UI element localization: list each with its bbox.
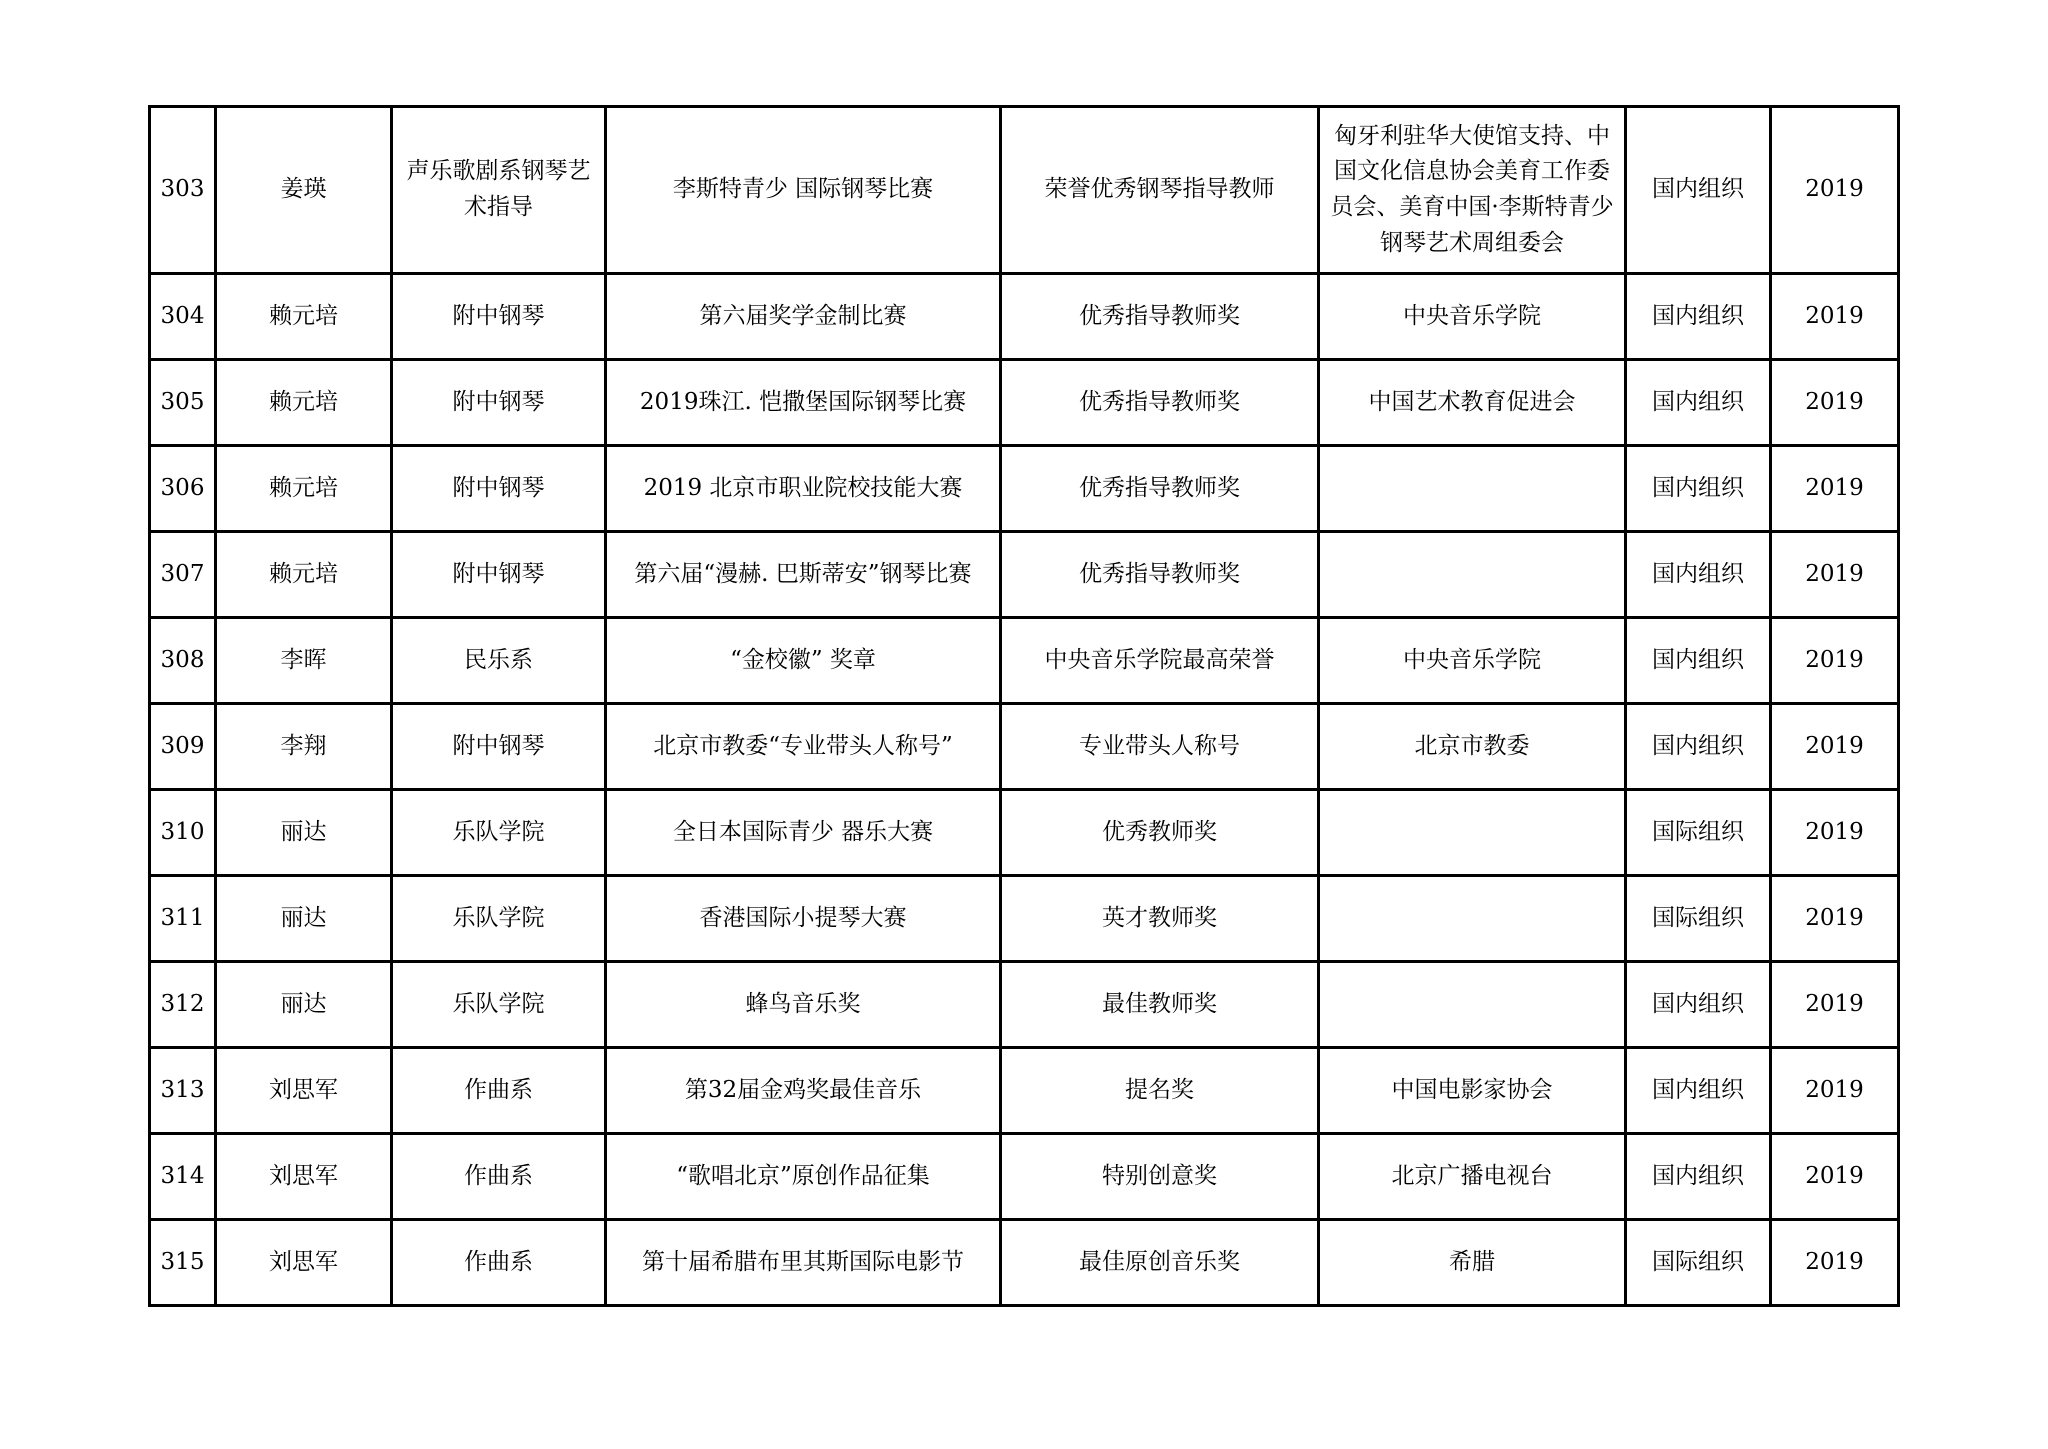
cell-award: 特别创意奖	[1001, 1134, 1319, 1220]
cell-org	[1319, 962, 1626, 1048]
cell-dept: 作曲系	[392, 1220, 606, 1306]
table-row: 308李晖民乐系“金校徽” 奖章中央音乐学院最高荣誉中央音乐学院国内组织2019	[150, 618, 1899, 704]
cell-event: 李斯特青少 国际钢琴比赛	[606, 107, 1001, 274]
cell-name: 李翔	[216, 704, 392, 790]
cell-award: 最佳教师奖	[1001, 962, 1319, 1048]
cell-org: 北京广播电视台	[1319, 1134, 1626, 1220]
cell-event: “金校徽” 奖章	[606, 618, 1001, 704]
cell-award: 优秀指导教师奖	[1001, 446, 1319, 532]
cell-dept: 附中钢琴	[392, 532, 606, 618]
cell-year: 2019	[1771, 107, 1899, 274]
cell-no: 305	[150, 360, 216, 446]
cell-dept: 乐队学院	[392, 876, 606, 962]
cell-no: 310	[150, 790, 216, 876]
cell-year: 2019	[1771, 790, 1899, 876]
cell-year: 2019	[1771, 1134, 1899, 1220]
cell-award: 提名奖	[1001, 1048, 1319, 1134]
cell-award: 中央音乐学院最高荣誉	[1001, 618, 1319, 704]
cell-name: 赖元培	[216, 532, 392, 618]
cell-no: 306	[150, 446, 216, 532]
cell-award: 专业带头人称号	[1001, 704, 1319, 790]
document-page: 303姜瑛声乐歌剧系钢琴艺术指导李斯特青少 国际钢琴比赛荣誉优秀钢琴指导教师匈牙…	[0, 0, 2048, 1449]
cell-award: 优秀教师奖	[1001, 790, 1319, 876]
cell-year: 2019	[1771, 274, 1899, 360]
cell-scope: 国内组织	[1626, 1134, 1771, 1220]
cell-event: 全日本国际青少 器乐大赛	[606, 790, 1001, 876]
cell-name: 赖元培	[216, 274, 392, 360]
cell-year: 2019	[1771, 704, 1899, 790]
cell-org: 中国电影家协会	[1319, 1048, 1626, 1134]
table-body: 303姜瑛声乐歌剧系钢琴艺术指导李斯特青少 国际钢琴比赛荣誉优秀钢琴指导教师匈牙…	[150, 107, 1899, 1306]
cell-org: 匈牙利驻华大使馆支持、中国文化信息协会美育工作委员会、美育中国·李斯特青少 钢琴…	[1319, 107, 1626, 274]
cell-name: 李晖	[216, 618, 392, 704]
cell-scope: 国内组织	[1626, 274, 1771, 360]
cell-name: 刘思军	[216, 1220, 392, 1306]
cell-award: 荣誉优秀钢琴指导教师	[1001, 107, 1319, 274]
cell-dept: 附中钢琴	[392, 446, 606, 532]
cell-dept: 作曲系	[392, 1048, 606, 1134]
cell-no: 309	[150, 704, 216, 790]
cell-scope: 国际组织	[1626, 790, 1771, 876]
cell-year: 2019	[1771, 360, 1899, 446]
cell-award: 英才教师奖	[1001, 876, 1319, 962]
table-row: 309李翔附中钢琴北京市教委“专业带头人称号”专业带头人称号北京市教委国内组织2…	[150, 704, 1899, 790]
table-row: 306赖元培附中钢琴2019 北京市职业院校技能大赛优秀指导教师奖国内组织201…	[150, 446, 1899, 532]
cell-no: 311	[150, 876, 216, 962]
cell-award: 优秀指导教师奖	[1001, 360, 1319, 446]
cell-name: 姜瑛	[216, 107, 392, 274]
cell-dept: 乐队学院	[392, 962, 606, 1048]
cell-dept: 附中钢琴	[392, 274, 606, 360]
cell-scope: 国内组织	[1626, 107, 1771, 274]
cell-dept: 作曲系	[392, 1134, 606, 1220]
cell-award: 优秀指导教师奖	[1001, 274, 1319, 360]
cell-name: 赖元培	[216, 446, 392, 532]
cell-dept: 乐队学院	[392, 790, 606, 876]
cell-year: 2019	[1771, 446, 1899, 532]
cell-year: 2019	[1771, 1220, 1899, 1306]
cell-event: 第六届“漫赫. 巴斯蒂安”钢琴比赛	[606, 532, 1001, 618]
cell-year: 2019	[1771, 962, 1899, 1048]
cell-event: 蜂鸟音乐奖	[606, 962, 1001, 1048]
cell-org: 北京市教委	[1319, 704, 1626, 790]
table-row: 303姜瑛声乐歌剧系钢琴艺术指导李斯特青少 国际钢琴比赛荣誉优秀钢琴指导教师匈牙…	[150, 107, 1899, 274]
table-row: 311丽达乐队学院香港国际小提琴大赛英才教师奖国际组织2019	[150, 876, 1899, 962]
cell-no: 303	[150, 107, 216, 274]
cell-org: 中央音乐学院	[1319, 618, 1626, 704]
cell-scope: 国内组织	[1626, 618, 1771, 704]
table-row: 304赖元培附中钢琴第六届奖学金制比赛优秀指导教师奖中央音乐学院国内组织2019	[150, 274, 1899, 360]
cell-scope: 国内组织	[1626, 962, 1771, 1048]
table-row: 305赖元培附中钢琴2019珠江. 恺撒堡国际钢琴比赛优秀指导教师奖中国艺术教育…	[150, 360, 1899, 446]
cell-no: 307	[150, 532, 216, 618]
cell-name: 刘思军	[216, 1048, 392, 1134]
cell-award: 最佳原创音乐奖	[1001, 1220, 1319, 1306]
table-row: 312丽达乐队学院蜂鸟音乐奖最佳教师奖国内组织2019	[150, 962, 1899, 1048]
cell-event: 第32届金鸡奖最佳音乐	[606, 1048, 1001, 1134]
cell-dept: 附中钢琴	[392, 360, 606, 446]
cell-year: 2019	[1771, 876, 1899, 962]
cell-scope: 国内组织	[1626, 704, 1771, 790]
cell-no: 304	[150, 274, 216, 360]
cell-year: 2019	[1771, 618, 1899, 704]
cell-event: 2019 北京市职业院校技能大赛	[606, 446, 1001, 532]
cell-no: 308	[150, 618, 216, 704]
cell-event: 北京市教委“专业带头人称号”	[606, 704, 1001, 790]
cell-event: “歌唱北京”原创作品征集	[606, 1134, 1001, 1220]
cell-name: 刘思军	[216, 1134, 392, 1220]
cell-org	[1319, 532, 1626, 618]
cell-org: 中国艺术教育促进会	[1319, 360, 1626, 446]
cell-org: 希腊	[1319, 1220, 1626, 1306]
cell-dept: 附中钢琴	[392, 704, 606, 790]
cell-org: 中央音乐学院	[1319, 274, 1626, 360]
cell-event: 第六届奖学金制比赛	[606, 274, 1001, 360]
awards-table: 303姜瑛声乐歌剧系钢琴艺术指导李斯特青少 国际钢琴比赛荣誉优秀钢琴指导教师匈牙…	[148, 105, 1900, 1307]
cell-dept: 民乐系	[392, 618, 606, 704]
cell-event: 第十届希腊布里其斯国际电影节	[606, 1220, 1001, 1306]
cell-name: 丽达	[216, 876, 392, 962]
table-row: 314刘思军作曲系“歌唱北京”原创作品征集特别创意奖北京广播电视台国内组织201…	[150, 1134, 1899, 1220]
cell-scope: 国内组织	[1626, 1048, 1771, 1134]
table-row: 315刘思军作曲系第十届希腊布里其斯国际电影节最佳原创音乐奖希腊国际组织2019	[150, 1220, 1899, 1306]
cell-no: 313	[150, 1048, 216, 1134]
cell-org	[1319, 790, 1626, 876]
cell-event: 2019珠江. 恺撒堡国际钢琴比赛	[606, 360, 1001, 446]
cell-scope: 国内组织	[1626, 446, 1771, 532]
cell-name: 丽达	[216, 790, 392, 876]
table-row: 310丽达乐队学院全日本国际青少 器乐大赛优秀教师奖国际组织2019	[150, 790, 1899, 876]
cell-award: 优秀指导教师奖	[1001, 532, 1319, 618]
cell-scope: 国内组织	[1626, 360, 1771, 446]
cell-scope: 国际组织	[1626, 1220, 1771, 1306]
cell-no: 315	[150, 1220, 216, 1306]
cell-event: 香港国际小提琴大赛	[606, 876, 1001, 962]
cell-dept: 声乐歌剧系钢琴艺术指导	[392, 107, 606, 274]
table-row: 313刘思军作曲系第32届金鸡奖最佳音乐提名奖中国电影家协会国内组织2019	[150, 1048, 1899, 1134]
cell-no: 314	[150, 1134, 216, 1220]
table-row: 307赖元培附中钢琴第六届“漫赫. 巴斯蒂安”钢琴比赛优秀指导教师奖国内组织20…	[150, 532, 1899, 618]
cell-year: 2019	[1771, 532, 1899, 618]
cell-org	[1319, 876, 1626, 962]
cell-no: 312	[150, 962, 216, 1048]
cell-scope: 国际组织	[1626, 876, 1771, 962]
cell-year: 2019	[1771, 1048, 1899, 1134]
cell-name: 赖元培	[216, 360, 392, 446]
cell-name: 丽达	[216, 962, 392, 1048]
cell-org	[1319, 446, 1626, 532]
cell-scope: 国内组织	[1626, 532, 1771, 618]
